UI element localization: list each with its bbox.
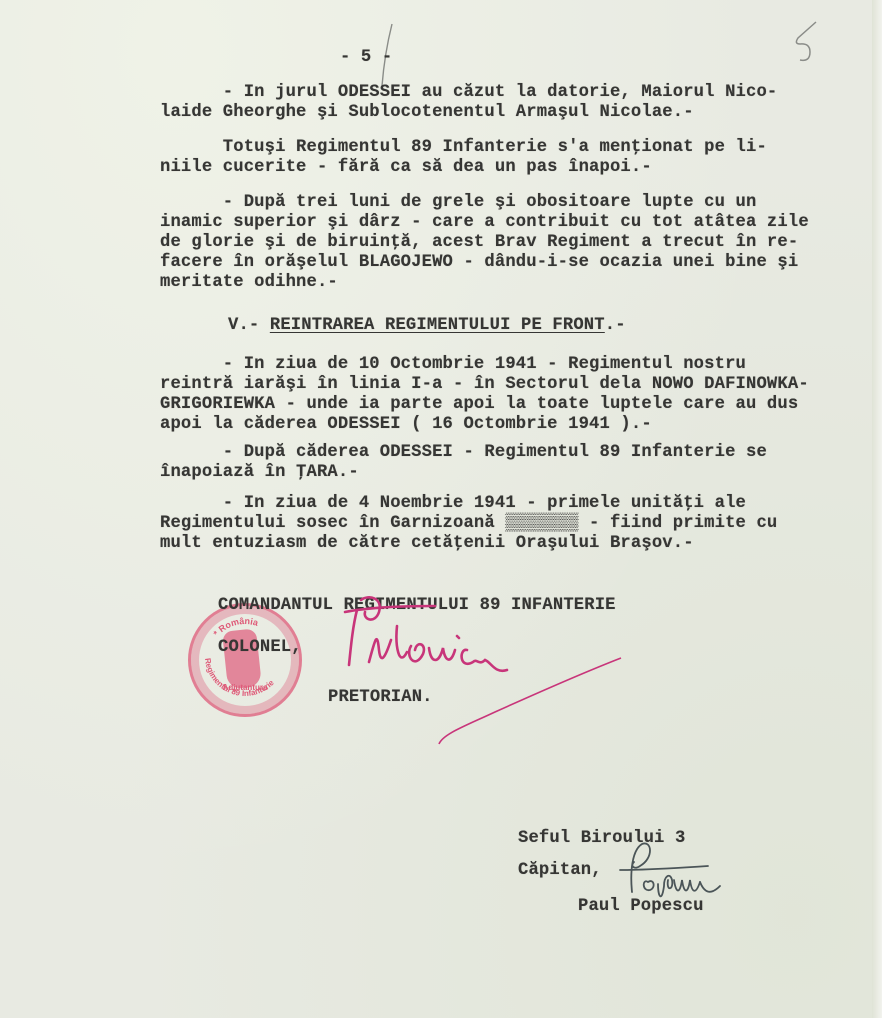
section-heading: V.- REINTRAREA REGIMENTULUI PE FRONT.- bbox=[228, 316, 626, 336]
stamp-text-ring: * România Regimentul 89 Infanterie Adjut… bbox=[191, 606, 299, 714]
paragraph-1-line-2: laide Gheorghe şi Sublocotenentul Armaşu… bbox=[160, 103, 694, 123]
section-paragraph-3-line-3: mult entuziasm de către cetăţenii Oraşul… bbox=[160, 534, 694, 554]
section-title: REINTRAREA REGIMENTULUI PE FRONT bbox=[270, 316, 605, 335]
office-rank: Căpitan, bbox=[518, 861, 602, 881]
section-paragraph-1-line-2: reintră iarăşi în linia I-a - în Sectoru… bbox=[160, 375, 809, 395]
section-suffix: .- bbox=[605, 316, 626, 335]
document-page: - 5 - - In jurul ODESSEI au căzut la dat… bbox=[0, 0, 882, 1018]
page-edge bbox=[872, 0, 882, 1018]
section-paragraph-3-line-1: - In ziua de 4 Noembrie 1941 - primele u… bbox=[160, 494, 746, 514]
section-paragraph-1-line-3: GRIGORIEWKA - unde ia parte apoi la toat… bbox=[160, 395, 798, 415]
signature-flourish bbox=[435, 650, 625, 750]
commander-rank: COLONEL, bbox=[218, 638, 302, 658]
svg-text:* România: * România bbox=[211, 616, 260, 639]
section-paragraph-2-line-2: înapoiază în ŢARA.- bbox=[160, 463, 359, 483]
paragraph-3-line-4: facere în orăşelul BLAGOJEWO - dându-i-s… bbox=[160, 253, 798, 273]
paragraph-2-line-1: Totuşi Regimentul 89 Infanterie s'a menţ… bbox=[160, 138, 767, 158]
commander-name: PRETORIAN. bbox=[328, 688, 433, 708]
section-paragraph-1-line-4: apoi la căderea ODESSEI ( 16 Octombrie 1… bbox=[160, 415, 652, 435]
paragraph-1-line-1: - In jurul ODESSEI au căzut la datorie, … bbox=[160, 83, 777, 103]
handwritten-page-number-icon bbox=[786, 18, 826, 68]
official-stamp: * România Regimentul 89 Infanterie Adjut… bbox=[188, 603, 302, 717]
paragraph-3-line-1: - După trei luni de grele şi obositoare … bbox=[160, 193, 756, 213]
section-paragraph-1-line-1: - In ziua de 10 Octombrie 1941 - Regimen… bbox=[160, 355, 746, 375]
svg-text:Adjutantura: Adjutantura bbox=[223, 683, 268, 692]
paragraph-3-line-2: inamic superior şi dârz - care a contrib… bbox=[160, 213, 809, 233]
captain-signature bbox=[618, 836, 738, 906]
paragraph-3-line-3: de glorie şi de biruinţă, acest Brav Reg… bbox=[160, 233, 798, 253]
section-paragraph-3-line-2: Regimentului sosec în Garnizoană ▒▒▒▒▒▒▒… bbox=[160, 514, 777, 534]
section-number: V.- bbox=[228, 316, 259, 335]
paragraph-3-line-5: meritate odihne.- bbox=[160, 273, 338, 293]
section-paragraph-2-line-1: - După căderea ODESSEI - Regimentul 89 I… bbox=[160, 443, 767, 463]
page-number: - 5 - bbox=[340, 48, 392, 68]
paragraph-2-line-2: niile cucerite - fără ca să dea un pas î… bbox=[160, 158, 652, 178]
